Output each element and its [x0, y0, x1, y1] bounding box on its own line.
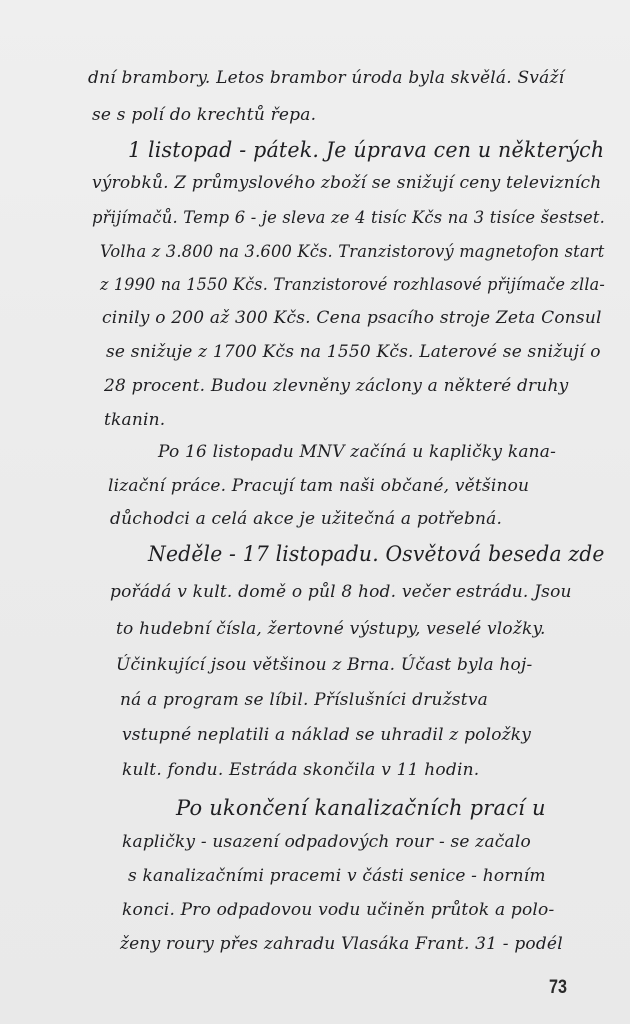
handwritten-line: dní brambory. Letos brambor úroda byla s…: [88, 68, 564, 88]
handwritten-line: Účinkující jsou většinou z Brna. Účast b…: [116, 655, 532, 675]
handwritten-line: Volha z 3.800 na 3.600 Kčs. Tranzistorov…: [100, 242, 604, 262]
handwritten-line: lizační práce. Pracují tam naši občané, …: [108, 476, 529, 496]
handwritten-line: z 1990 na 1550 Kčs. Tranzistorové rozhla…: [100, 275, 605, 295]
handwritten-line: s kanalizačními pracemi v části senice -…: [128, 866, 546, 886]
handwritten-line: se snižuje z 1700 Kčs na 1550 Kčs. Later…: [106, 342, 601, 362]
handwritten-line: konci. Pro odpadovou vodu učiněn průtok …: [122, 900, 554, 920]
handwritten-line: vstupné neplatili a náklad se uhradil z …: [122, 725, 531, 745]
handwritten-line: to hudební čísla, žertovné výstupy, vese…: [116, 619, 546, 639]
page-number: 73: [549, 977, 567, 999]
handwritten-line: ženy roury přes zahradu Vlasáka Frant. 3…: [120, 934, 563, 954]
handwritten-line: kult. fondu. Estráda skončila v 11 hodin…: [122, 760, 479, 780]
handwritten-line: 1 listopad - pátek. Je úprava cen u někt…: [128, 138, 604, 162]
handwritten-line: ná a program se líbil. Příslušníci družs…: [120, 690, 488, 710]
document-page: dní brambory. Letos brambor úroda byla s…: [0, 0, 630, 1024]
handwritten-line: Neděle - 17 listopadu. Osvětová beseda z…: [148, 542, 605, 566]
handwritten-line: cinily o 200 až 300 Kčs. Cena psacího st…: [102, 308, 602, 328]
handwritten-line: přijímačů. Temp 6 - je sleva ze 4 tisíc …: [92, 208, 605, 228]
handwritten-line: se s polí do krechtů řepa.: [92, 105, 316, 125]
handwritten-line: výrobků. Z průmyslového zboží se snižují…: [92, 173, 601, 193]
handwritten-line: 28 procent. Budou zlevněny záclony a něk…: [104, 376, 568, 396]
handwritten-line: tkanin.: [104, 410, 165, 430]
handwritten-line: Po 16 listopadu MNV začíná u kapličky ka…: [158, 442, 556, 462]
handwritten-line: kapličky - usazení odpadových rour - se …: [122, 832, 531, 852]
handwritten-line: pořádá v kult. domě o půl 8 hod. večer e…: [110, 582, 572, 602]
handwritten-line: důchodci a celá akce je užitečná a potře…: [110, 509, 502, 529]
handwritten-line: Po ukončení kanalizačních prací u: [176, 796, 546, 820]
